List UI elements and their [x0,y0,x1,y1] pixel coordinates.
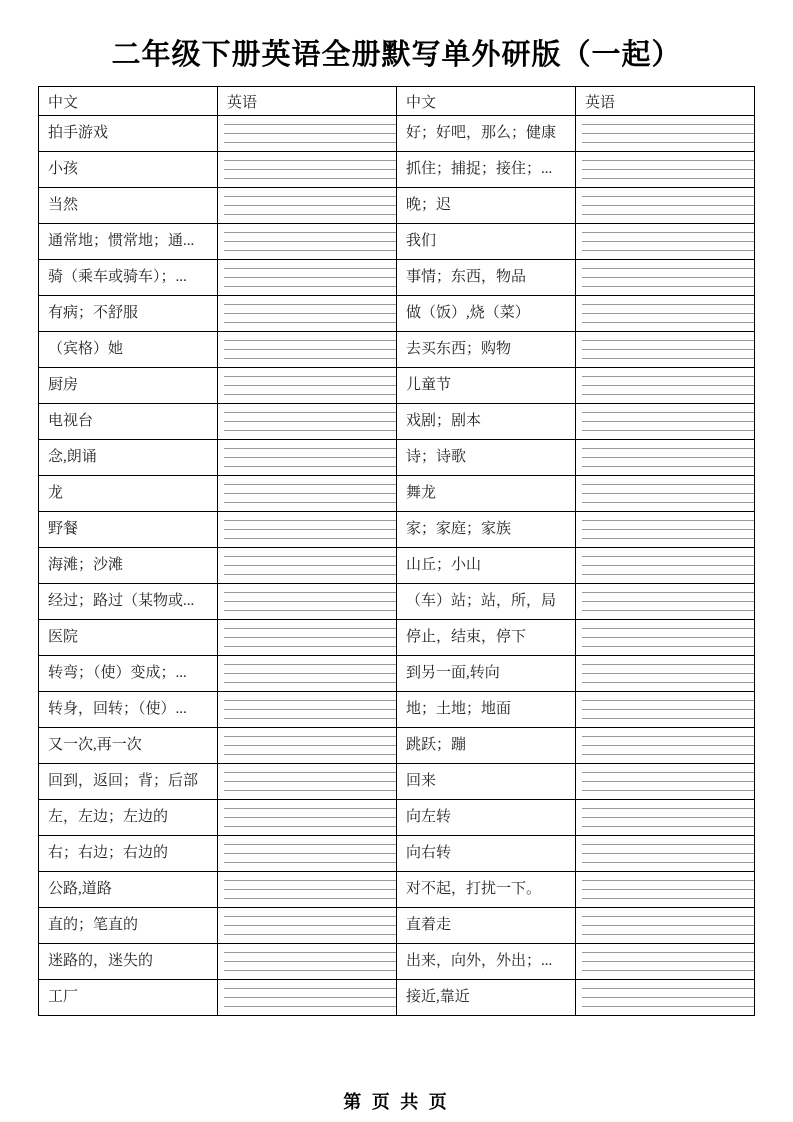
writing-guide-lines [582,512,754,547]
table-row: 经过；路过（某物或... （车）站；站，所，局 [39,584,755,620]
english-writing-area-right [576,548,755,584]
english-writing-area-left [218,332,397,368]
guide-line [224,1007,396,1015]
chinese-term-right: 儿童节 [397,368,576,404]
english-writing-area-left [218,440,397,476]
table-row: 迷路的，迷失的 出来，向外，外出；... [39,944,755,980]
chinese-term-right: 到另一面,转向 [397,656,576,692]
guide-line [582,998,754,1007]
table-row: 转身，回转；（使）... 地；土地；地面 [39,692,755,728]
guide-line [582,386,754,395]
english-writing-area-left [218,836,397,872]
writing-guide-lines [582,152,754,187]
guide-line [582,584,754,593]
guide-line [224,413,396,422]
guide-line [224,647,396,655]
english-writing-area-right [576,440,755,476]
english-writing-area-right [576,980,755,1016]
chinese-term-right: 舞龙 [397,476,576,512]
chinese-term-right: 做（饭）,烧（菜） [397,296,576,332]
table-row: 有病；不舒服 做（饭）,烧（菜） [39,296,755,332]
guide-line [582,296,754,305]
english-writing-area-left [218,476,397,512]
guide-line [224,206,396,215]
guide-line [224,818,396,827]
chinese-term-right: 戏剧；剧本 [397,404,576,440]
guide-line [224,746,396,755]
guide-line [582,188,754,197]
guide-line [224,431,396,439]
guide-line [582,260,754,269]
guide-line [582,404,754,413]
english-writing-area-right [576,512,755,548]
table-row: 回到，返回；背；后部 回来 [39,764,755,800]
chinese-term-right: 向左转 [397,800,576,836]
guide-line [582,116,754,125]
english-writing-area-left [218,404,397,440]
guide-line [582,647,754,655]
chinese-term-left: 龙 [39,476,218,512]
chinese-term-right: 好；好吧，那么；健康 [397,116,576,152]
chinese-term-left: 经过；路过（某物或... [39,584,218,620]
english-writing-area-left [218,152,397,188]
chinese-term-left: （宾格）她 [39,332,218,368]
table-row: 直的；笔直的 直着走 [39,908,755,944]
writing-guide-lines [582,476,754,511]
writing-guide-lines [224,476,396,511]
writing-guide-lines [582,332,754,367]
writing-guide-lines [582,944,754,979]
guide-line [224,386,396,395]
guide-line [224,917,396,926]
guide-line [224,224,396,233]
writing-guide-lines [224,620,396,655]
table-row: 骑（乘车或骑车）；... 事情；东西，物品 [39,260,755,296]
guide-line [582,467,754,475]
guide-line [224,278,396,287]
guide-line [224,170,396,179]
chinese-term-right: 山丘；小山 [397,548,576,584]
english-writing-area-right [576,728,755,764]
guide-line [224,269,396,278]
english-writing-area-left [218,548,397,584]
english-writing-area-right [576,944,755,980]
guide-line [582,332,754,341]
chinese-term-left: 回到，返回；背；后部 [39,764,218,800]
chinese-term-right: 我们 [397,224,576,260]
guide-line [224,575,396,583]
english-writing-area-left [218,800,397,836]
page-footer: 第 页 共 页 [0,1088,793,1114]
english-writing-area-right [576,656,755,692]
guide-line [224,692,396,701]
guide-line [224,521,396,530]
header-english-left: 英语 [218,87,397,116]
guide-line [224,755,396,763]
guide-line [582,152,754,161]
guide-line [582,818,754,827]
writing-guide-lines [582,836,754,871]
guide-line [582,287,754,295]
chinese-term-right: 诗；诗歌 [397,440,576,476]
english-writing-area-left [218,368,397,404]
guide-line [582,773,754,782]
guide-line [224,422,396,431]
guide-line [224,899,396,907]
english-writing-area-left [218,872,397,908]
guide-line [582,503,754,511]
guide-line [224,881,396,890]
guide-line [224,836,396,845]
guide-line [224,503,396,511]
guide-line [224,458,396,467]
guide-line [582,179,754,187]
guide-line [582,944,754,953]
writing-guide-lines [582,224,754,259]
guide-line [224,782,396,791]
english-writing-area-left [218,260,397,296]
guide-line [582,341,754,350]
guide-line [582,881,754,890]
english-writing-area-right [576,404,755,440]
chinese-term-left: 野餐 [39,512,218,548]
guide-line [582,926,754,935]
table-row: 小孩 抓住；捕捉；接住；... [39,152,755,188]
english-writing-area-right [576,800,755,836]
chinese-term-right: 抓住；捕捉；接住；... [397,152,576,188]
chinese-term-right: 跳跃；蹦 [397,728,576,764]
guide-line [224,980,396,989]
chinese-term-left: 有病；不舒服 [39,296,218,332]
guide-line [224,854,396,863]
guide-line [582,611,754,619]
english-writing-area-right [576,224,755,260]
english-writing-area-left [218,224,397,260]
guide-line [224,962,396,971]
guide-line [582,422,754,431]
guide-line [224,215,396,223]
guide-line [224,242,396,251]
writing-guide-lines [224,656,396,691]
guide-line [224,944,396,953]
guide-line [582,782,754,791]
table-row: （宾格）她 去买东西；购物 [39,332,755,368]
guide-line [224,629,396,638]
chinese-term-left: 转身，回转；（使）... [39,692,218,728]
table-row: 通常地；惯常地；通... 我们 [39,224,755,260]
chinese-term-right: 晚；迟 [397,188,576,224]
english-writing-area-right [576,620,755,656]
guide-line [582,602,754,611]
table-row: 工厂 接近,靠近 [39,980,755,1016]
guide-line [224,296,396,305]
guide-line [224,233,396,242]
guide-line [224,845,396,854]
writing-guide-lines [582,188,754,223]
guide-line [582,557,754,566]
guide-line [224,710,396,719]
guide-line [582,728,754,737]
chinese-term-right: 地；土地；地面 [397,692,576,728]
guide-line [224,323,396,331]
guide-line [582,494,754,503]
chinese-term-right: 家；家庭；家族 [397,512,576,548]
guide-line [224,926,396,935]
chinese-term-left: 拍手游戏 [39,116,218,152]
guide-line [224,791,396,799]
guide-line [224,908,396,917]
writing-guide-lines [582,620,754,655]
guide-line [582,629,754,638]
chinese-term-left: 转弯；（使）变成；... [39,656,218,692]
guide-line [224,134,396,143]
writing-guide-lines [224,548,396,583]
guide-line [582,845,754,854]
guide-line [582,170,754,179]
guide-line [582,971,754,979]
guide-line [224,152,396,161]
writing-guide-lines [224,260,396,295]
writing-guide-lines [224,764,396,799]
guide-line [582,746,754,755]
chinese-term-left: 当然 [39,188,218,224]
writing-guide-lines [582,764,754,799]
guide-line [224,557,396,566]
writing-guide-lines [582,728,754,763]
guide-line [224,863,396,871]
guide-line [224,404,396,413]
writing-guide-lines [224,404,396,439]
header-english-right: 英语 [576,87,755,116]
guide-line [224,656,396,665]
guide-line [224,377,396,386]
guide-line [224,449,396,458]
english-writing-area-left [218,692,397,728]
guide-line [582,278,754,287]
guide-line [582,305,754,314]
guide-line [224,188,396,197]
vocab-table: 中文 英语 中文 英语 拍手游戏 好；好吧，那么；健康 小孩 抓住；捕捉；接住；… [38,86,755,1016]
guide-line [582,350,754,359]
chinese-term-right: （车）站；站，所，局 [397,584,576,620]
writing-guide-lines [224,512,396,547]
guide-line [224,341,396,350]
guide-line [582,269,754,278]
guide-line [582,368,754,377]
chinese-term-right: 出来，向外，外出；... [397,944,576,980]
guide-line [224,737,396,746]
guide-line [582,800,754,809]
chinese-term-left: 右；右边；右边的 [39,836,218,872]
writing-guide-lines [224,908,396,943]
guide-line [582,134,754,143]
guide-line [224,476,396,485]
chinese-term-right: 对不起，打扰一下。 [397,872,576,908]
header-chinese-right: 中文 [397,87,576,116]
chinese-term-right: 向右转 [397,836,576,872]
english-writing-area-right [576,260,755,296]
chinese-term-left: 公路,道路 [39,872,218,908]
english-writing-area-right [576,152,755,188]
guide-line [224,872,396,881]
writing-guide-lines [582,116,754,151]
writing-guide-lines [224,224,396,259]
guide-line [582,323,754,331]
english-writing-area-right [576,692,755,728]
guide-line [224,989,396,998]
english-writing-area-left [218,296,397,332]
chinese-term-left: 迷路的，迷失的 [39,944,218,980]
guide-line [224,890,396,899]
guide-line [582,224,754,233]
page-title: 二年级下册英语全册默写单外研版（一起） [0,32,793,73]
guide-line [224,773,396,782]
guide-line [224,467,396,475]
table-row: 右；右边；右边的 向右转 [39,836,755,872]
writing-guide-lines [582,260,754,295]
writing-guide-lines [224,692,396,727]
table-row: 电视台 戏剧；剧本 [39,404,755,440]
guide-line [224,440,396,449]
writing-guide-lines [224,800,396,835]
guide-line [582,314,754,323]
guide-line [582,1007,754,1015]
english-writing-area-right [576,908,755,944]
guide-line [224,305,396,314]
chinese-term-right: 事情；东西，物品 [397,260,576,296]
guide-line [582,935,754,943]
guide-line [582,566,754,575]
writing-guide-lines [582,980,754,1015]
guide-line [582,125,754,134]
guide-line [224,251,396,259]
guide-line [224,827,396,835]
english-writing-area-right [576,368,755,404]
guide-line [224,683,396,691]
english-writing-area-left [218,188,397,224]
guide-line [582,872,754,881]
guide-line [224,998,396,1007]
writing-guide-lines [582,800,754,835]
guide-line [582,593,754,602]
table-row: 野餐 家；家庭；家族 [39,512,755,548]
english-writing-area-left [218,728,397,764]
table-row: 海滩；沙滩 山丘；小山 [39,548,755,584]
guide-line [224,638,396,647]
guide-line [582,359,754,367]
guide-line [224,530,396,539]
guide-line [224,611,396,619]
guide-line [582,620,754,629]
guide-line [582,899,754,907]
chinese-term-left: 骑（乘车或骑车）；... [39,260,218,296]
chinese-term-left: 电视台 [39,404,218,440]
english-writing-area-right [576,764,755,800]
guide-line [582,980,754,989]
guide-line [582,431,754,439]
writing-guide-lines [582,296,754,331]
english-writing-area-left [218,584,397,620]
table-row: 念,朗诵 诗；诗歌 [39,440,755,476]
guide-line [582,674,754,683]
chinese-term-left: 左，左边；左边的 [39,800,218,836]
guide-line [582,206,754,215]
english-writing-area-left [218,908,397,944]
guide-line [224,953,396,962]
guide-line [582,539,754,547]
english-writing-area-right [576,872,755,908]
guide-line [224,719,396,727]
guide-line [582,962,754,971]
chinese-term-left: 医院 [39,620,218,656]
guide-line [582,989,754,998]
writing-guide-lines [582,440,754,475]
english-writing-area-left [218,980,397,1016]
english-writing-area-right [576,296,755,332]
guide-line [582,521,754,530]
english-writing-area-right [576,332,755,368]
table-row: 当然 晚；迟 [39,188,755,224]
table-row: 转弯；（使）变成；... 到另一面,转向 [39,656,755,692]
chinese-term-right: 停止，结束，停下 [397,620,576,656]
guide-line [582,251,754,259]
guide-line [582,485,754,494]
english-writing-area-left [218,512,397,548]
guide-line [224,143,396,151]
guide-line [582,233,754,242]
guide-line [582,890,754,899]
guide-line [582,683,754,691]
guide-line [224,494,396,503]
guide-line [582,863,754,871]
chinese-term-left: 通常地；惯常地；通... [39,224,218,260]
writing-guide-lines [582,584,754,619]
writing-guide-lines [582,872,754,907]
english-writing-area-left [218,620,397,656]
writing-guide-lines [582,692,754,727]
guide-line [582,710,754,719]
guide-line [582,413,754,422]
guide-line [224,800,396,809]
guide-line [224,260,396,269]
header-row: 中文 英语 中文 英语 [39,87,755,116]
english-writing-area-right [576,476,755,512]
guide-line [224,179,396,187]
guide-line [582,476,754,485]
guide-line [224,332,396,341]
writing-guide-lines [224,152,396,187]
guide-line [582,395,754,403]
chinese-term-left: 工厂 [39,980,218,1016]
guide-line [582,953,754,962]
guide-line [582,440,754,449]
guide-line [224,350,396,359]
guide-line [224,764,396,773]
guide-line [582,764,754,773]
table-row: 厨房 儿童节 [39,368,755,404]
guide-line [224,566,396,575]
english-writing-area-left [218,116,397,152]
guide-line [582,854,754,863]
writing-guide-lines [224,980,396,1015]
writing-guide-lines [224,836,396,871]
writing-guide-lines [582,908,754,943]
table-row: 龙 舞龙 [39,476,755,512]
writing-guide-lines [224,368,396,403]
guide-line [224,287,396,295]
guide-line [224,368,396,377]
guide-line [582,143,754,151]
